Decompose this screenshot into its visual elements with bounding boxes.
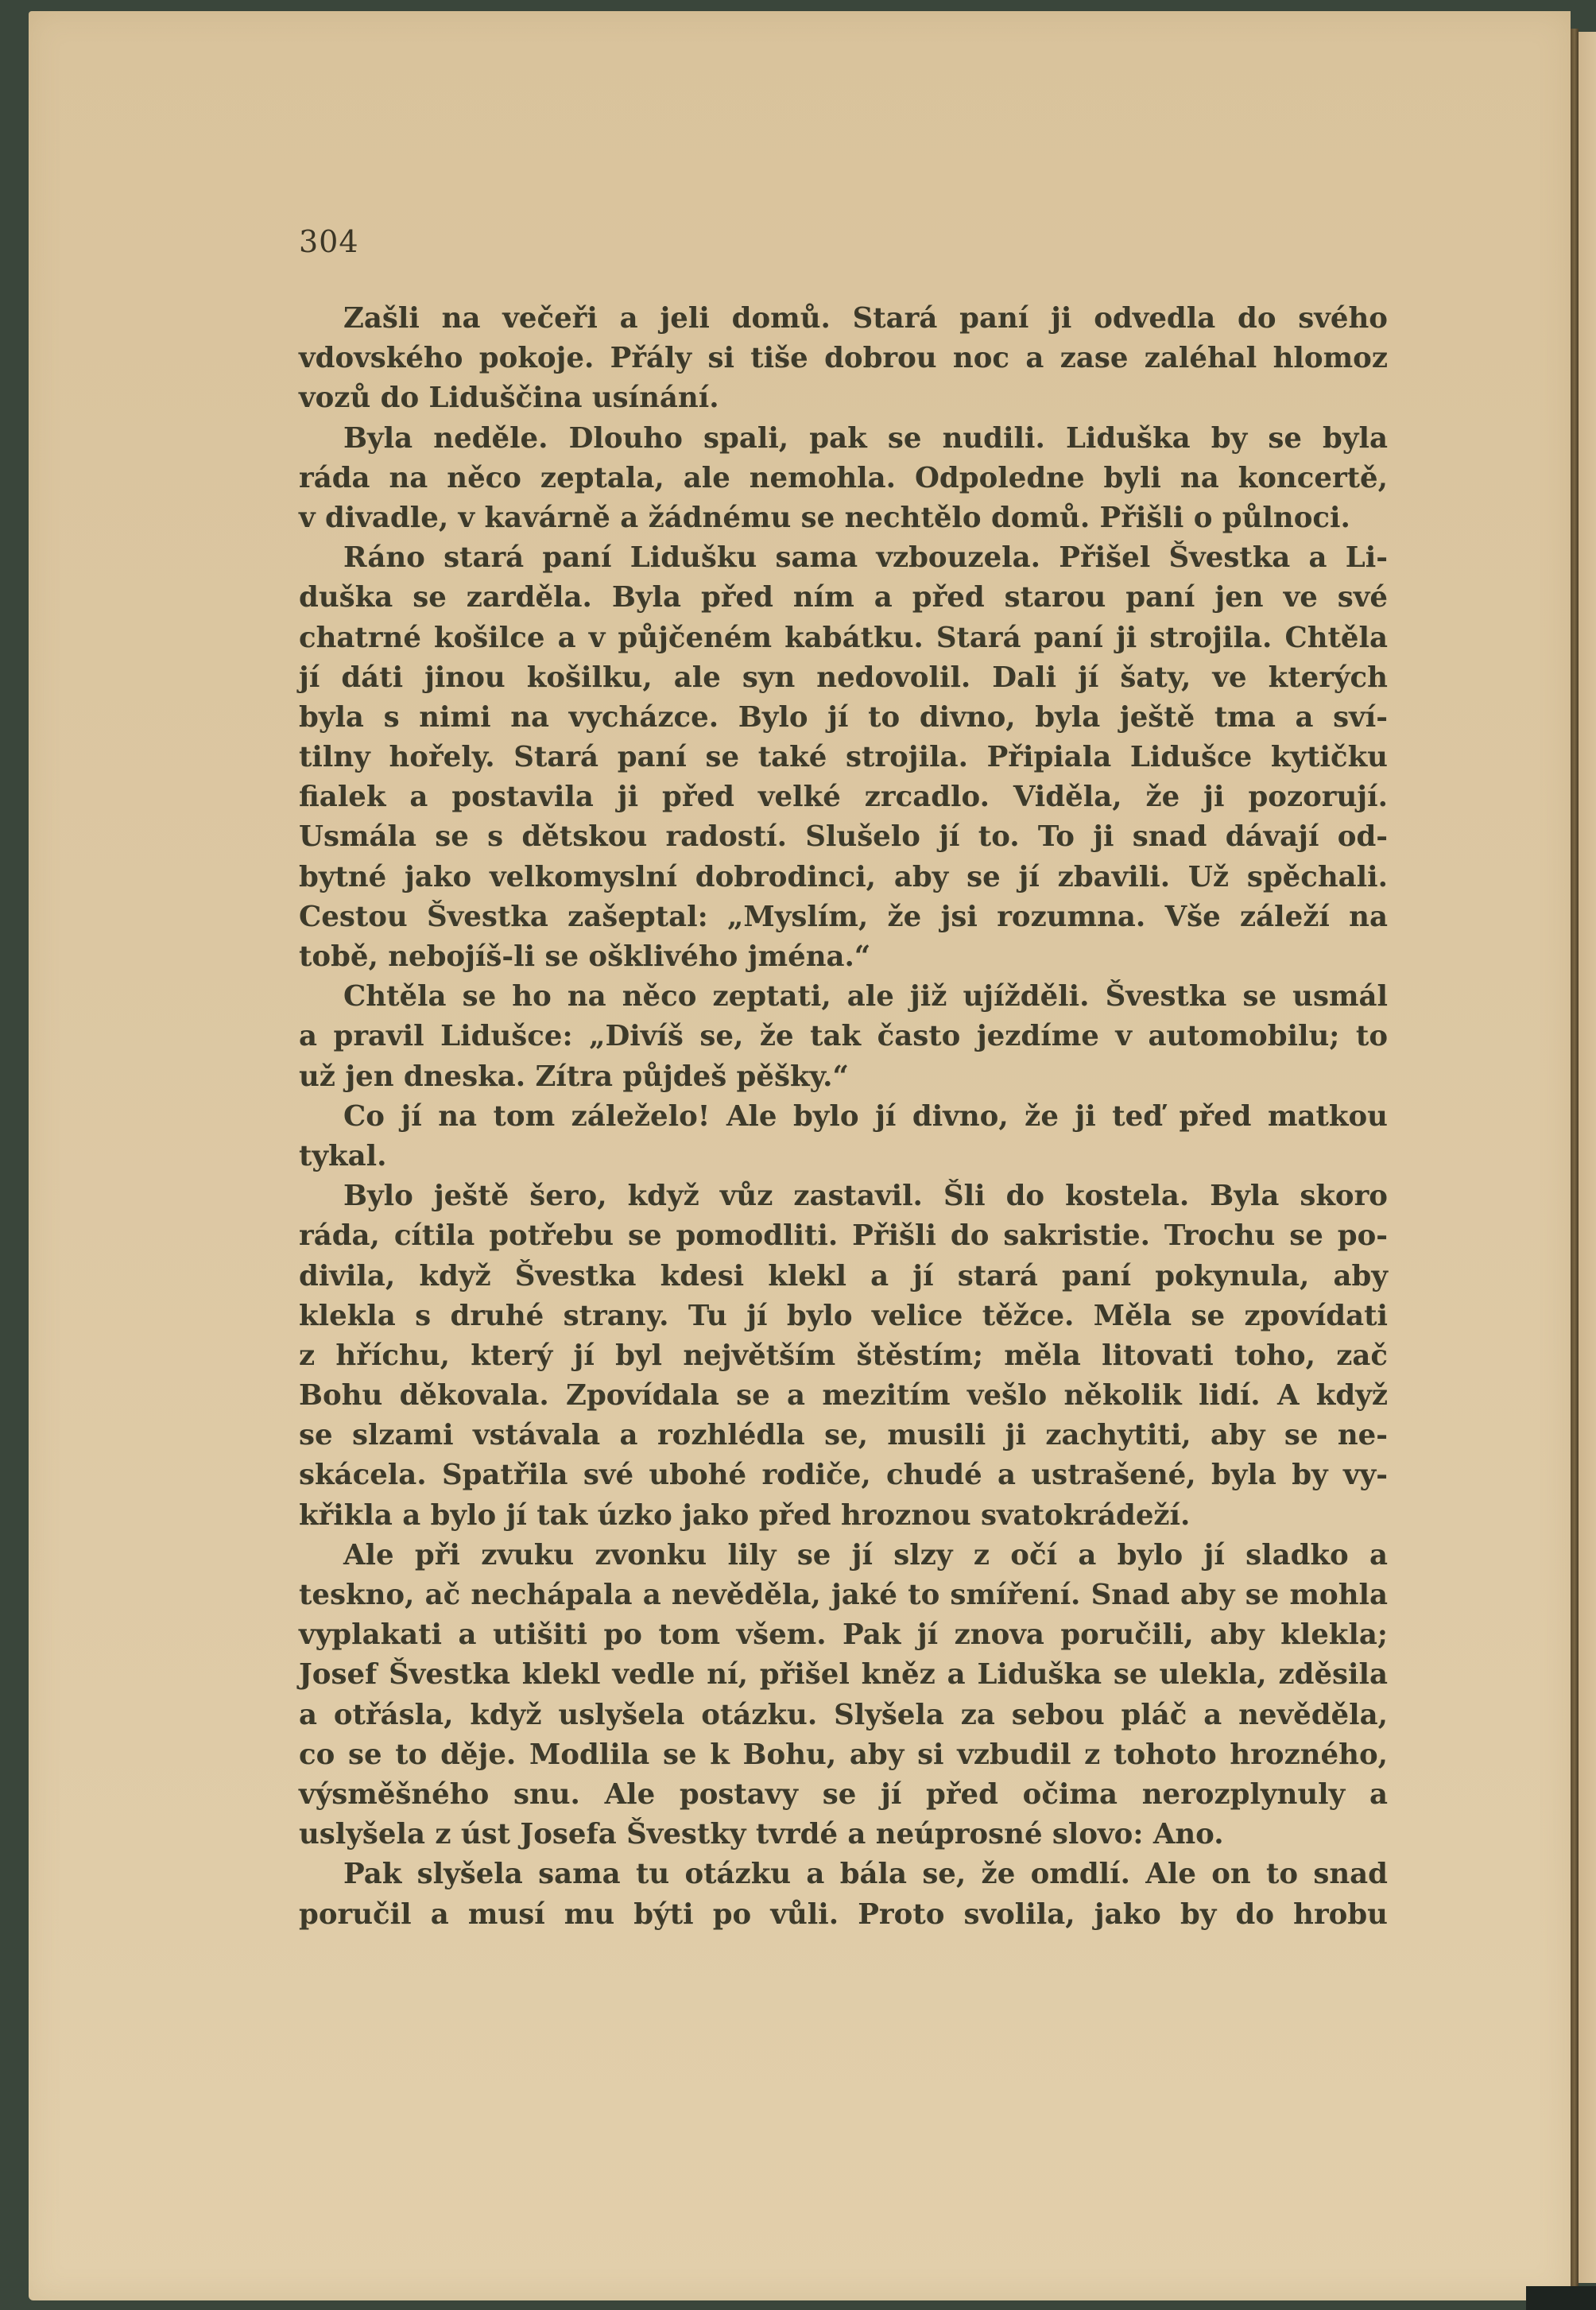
scan-corner-shadow xyxy=(1526,2286,1596,2310)
text-line: klekla s druhé strany. Tu jí bylo velice… xyxy=(299,1296,1388,1336)
text-line: uslyšela z úst Josefa Švestky tvrdé a ne… xyxy=(299,1815,1388,1855)
text-line: fialek a postavila ji před velké zrcadlo… xyxy=(299,777,1388,817)
text-line: a otřásla, když uslyšela otázku. Slyšela… xyxy=(299,1696,1388,1735)
text-line: už jen dneska. Zítra půjdeš pěšky.“ xyxy=(299,1057,1388,1097)
text-line: skácela. Spatřila své ubohé rodiče, chud… xyxy=(299,1455,1388,1495)
next-page-edge xyxy=(1579,32,1596,2283)
text-line: a pravil Lidušce: „Divíš se, že tak čast… xyxy=(299,1017,1388,1056)
text-line: bytné jako velkomyslní dobrodinci, aby s… xyxy=(299,858,1388,897)
text-line: duška se zarděla. Byla před ním a před s… xyxy=(299,578,1388,618)
text-line: Ale při zvuku zvonku lily se jí slzy z o… xyxy=(299,1536,1388,1576)
text-line: Byla neděle. Dlouho spali, pak se nudili… xyxy=(299,419,1388,459)
text-line: tykal. xyxy=(299,1137,1388,1176)
text-line: z hříchu, který jí byl největším štěstím… xyxy=(299,1336,1388,1376)
page-binding-edge xyxy=(1571,29,1579,2286)
scanned-page-background: 304 Zašli na večeři a jeli domů. Stará p… xyxy=(0,0,1596,2310)
text-line: v divadle, v kavárně a žádnému se nechtě… xyxy=(299,498,1388,538)
text-line: Co jí na tom záleželo! Ale bylo jí divno… xyxy=(299,1097,1388,1137)
text-line: chatrné košilce a v půjčeném kabátku. St… xyxy=(299,618,1388,658)
text-line: byla s nimi na vycházce. Bylo jí to divn… xyxy=(299,698,1388,738)
text-line: Pak slyšela sama tu otázku a bála se, že… xyxy=(299,1855,1388,1894)
text-line: vdovského pokoje. Přály si tiše dobrou n… xyxy=(299,339,1388,378)
text-line: ráda na něco zeptala, ale nemohla. Odpol… xyxy=(299,459,1388,498)
text-line: Usmála se s dětskou radostí. Slušelo jí … xyxy=(299,817,1388,857)
text-line: Bohu děkovala. Zpovídala se a mezitím ve… xyxy=(299,1376,1388,1416)
text-line: teskno, ač nechápala a nevěděla, jaké to… xyxy=(299,1576,1388,1615)
text-line: tilny hořely. Stará paní se také strojil… xyxy=(299,738,1388,777)
text-line: jí dáti jinou košilku, ale syn nedovolil… xyxy=(299,658,1388,698)
text-line: Bylo ještě šero, když vůz zastavil. Šli … xyxy=(299,1176,1388,1216)
text-line: Chtěla se ho na něco zeptati, ale již uj… xyxy=(299,977,1388,1017)
page-number: 304 xyxy=(299,224,359,259)
text-line: Zašli na večeři a jeli domů. Stará paní … xyxy=(299,299,1388,339)
text-line: tobě, nebojíš-li se ošklivého jména.“ xyxy=(299,937,1388,977)
text-line: Josef Švestka klekl vedle ní, přišel kně… xyxy=(299,1655,1388,1695)
text-line: se slzami vstávala a rozhlédla se, musil… xyxy=(299,1416,1388,1455)
text-line: vozů do Liduščina usínání. xyxy=(299,378,1388,418)
text-line: divila, když Švestka kdesi klekl a jí st… xyxy=(299,1257,1388,1296)
text-line: křikla a bylo jí tak úzko jako před hroz… xyxy=(299,1496,1388,1536)
body-text: Zašli na večeři a jeli domů. Stará paní … xyxy=(299,299,1388,1935)
text-line: ráda, cítila potřebu se pomodliti. Přišl… xyxy=(299,1216,1388,1256)
text-line: vyplakati a utišiti po tom všem. Pak jí … xyxy=(299,1615,1388,1655)
text-line: co se to děje. Modlila se k Bohu, aby si… xyxy=(299,1735,1388,1775)
text-line: Ráno stará paní Lidušku sama vzbouzela. … xyxy=(299,538,1388,578)
text-line: poručil a musí mu býti po vůli. Proto sv… xyxy=(299,1895,1388,1935)
text-line: Cestou Švestka zašeptal: „Myslím, že jsi… xyxy=(299,897,1388,937)
text-line: výsměšného snu. Ale postavy se jí před o… xyxy=(299,1775,1388,1815)
